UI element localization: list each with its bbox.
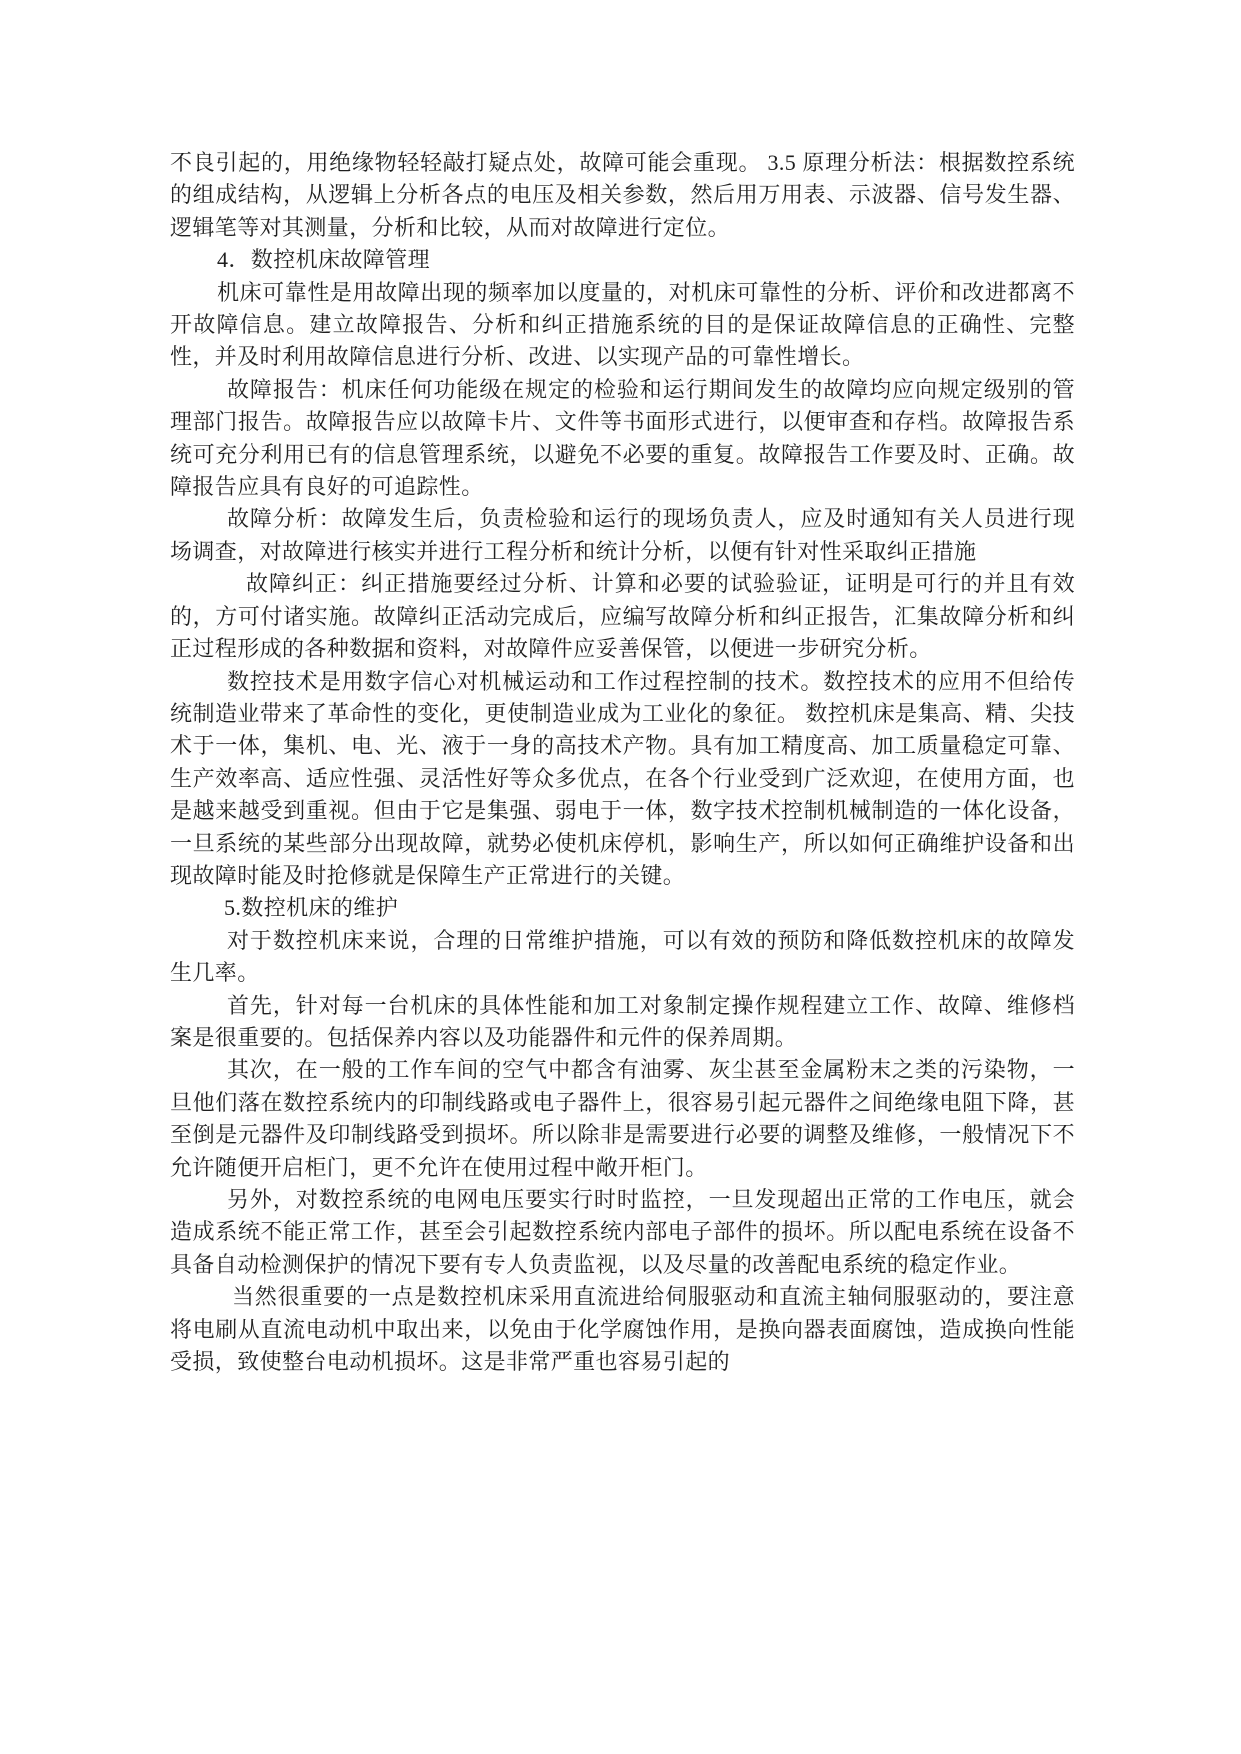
paragraph-fault-correction: 故障纠正：纠正措施要经过分析、计算和必要的试验验证，证明是可行的并且有效的，方可… (170, 568, 1075, 665)
paragraph-first-point: 首先，针对每一台机床的具体性能和加工对象制定操作规程建立工作、故障、维修档案是很… (170, 990, 1075, 1055)
paragraph-third-point: 另外，对数控系统的电网电压要实行时时监控，一旦发现超出正常的工作电压，就会造成系… (170, 1184, 1075, 1281)
paragraph-maintenance-intro: 对于数控机床来说，合理的日常维护措施，可以有效的预防和降低数控机床的故障发生几率… (170, 925, 1075, 990)
paragraph-nc-technology: 数控技术是用数字信心对机械运动和工作过程控制的技术。数控技术的应用不但给传统制造… (170, 666, 1075, 893)
document-page: 不良引起的，用绝缘物轻轻敲打疑点处，故障可能会重现。 3.5 原理分析法：根据数… (0, 0, 1241, 1754)
paragraph-fourth-point: 当然很重要的一点是数控机床采用直流进给伺服驱动和直流主轴伺服驱动的，要注意将电刷… (170, 1281, 1075, 1378)
paragraph-continuation: 不良引起的，用绝缘物轻轻敲打疑点处，故障可能会重现。 3.5 原理分析法：根据数… (170, 147, 1075, 244)
section-heading-5: 5.数控机床的维护 (170, 892, 1075, 924)
paragraph-reliability: 机床可靠性是用故障出现的频率加以度量的，对机床可靠性的分析、评价和改进都离不开故… (170, 277, 1075, 374)
document-text-block: 不良引起的，用绝缘物轻轻敲打疑点处，故障可能会重现。 3.5 原理分析法：根据数… (170, 147, 1075, 1378)
paragraph-fault-analysis: 故障分析：故障发生后，负责检验和运行的现场负责人，应及时通知有关人员进行现场调查… (170, 503, 1075, 568)
section-heading-4: 4．数控机床故障管理 (170, 244, 1075, 276)
paragraph-fault-report: 故障报告：机床任何功能级在规定的检验和运行期间发生的故障均应向规定级别的管理部门… (170, 374, 1075, 504)
paragraph-second-point: 其次，在一般的工作车间的空气中都含有油雾、灰尘甚至金属粉末之类的污染物，一旦他们… (170, 1054, 1075, 1184)
